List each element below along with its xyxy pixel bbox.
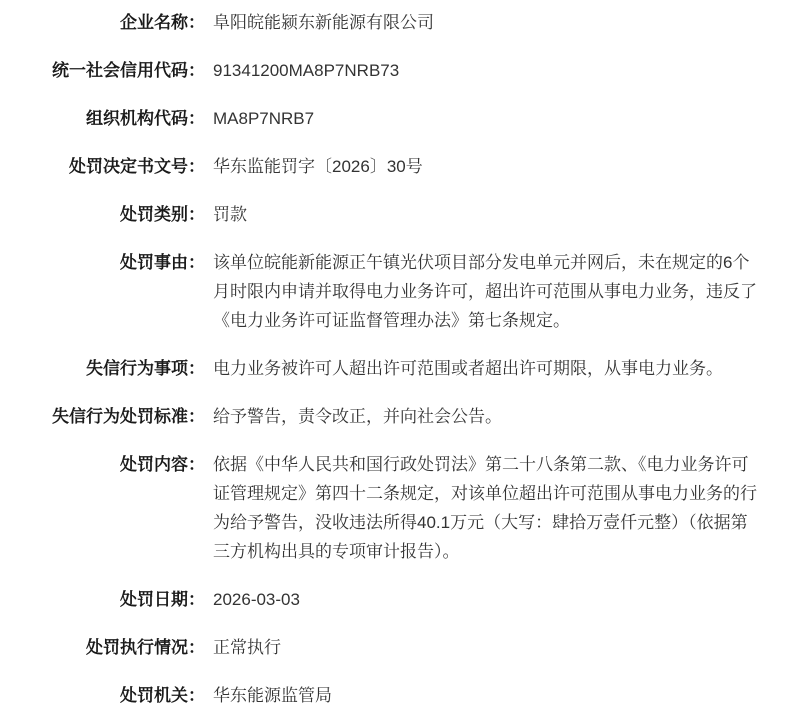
dishonesty-penalty-standard-value: 给予警告，责令改正，并向社会公告。 xyxy=(213,402,763,431)
penalty-category-label: 处罚类别： xyxy=(0,200,205,229)
dishonesty-behavior-item-label: 失信行为事项： xyxy=(0,354,205,383)
penalty-execution-status-value: 正常执行 xyxy=(213,633,763,662)
company-name-value: 阜阳皖能颍东新能源有限公司 xyxy=(213,8,763,37)
field-row-penalty-decision-doc-number: 处罚决定书文号： 华东监能罚字〔2026〕30号 xyxy=(0,152,811,181)
organization-code-label: 组织机构代码： xyxy=(0,104,205,133)
field-row-penalty-category: 处罚类别： 罚款 xyxy=(0,200,811,229)
penalty-date-label: 处罚日期： xyxy=(0,585,205,614)
field-row-company-name: 企业名称： 阜阳皖能颍东新能源有限公司 xyxy=(0,8,811,37)
field-row-dishonesty-penalty-standard: 失信行为处罚标准： 给予警告，责令改正，并向社会公告。 xyxy=(0,402,811,431)
penalty-record-document: 企业名称： 阜阳皖能颍东新能源有限公司 统一社会信用代码： 91341200MA… xyxy=(0,0,811,710)
penalty-content-value: 依据《中华人民共和国行政处罚法》第二十八条第二款、《电力业务许可证管理规定》第四… xyxy=(213,450,763,566)
dishonesty-penalty-standard-label: 失信行为处罚标准： xyxy=(0,402,205,431)
penalty-decision-doc-number-label: 处罚决定书文号： xyxy=(0,152,205,181)
field-row-penalty-reason: 处罚事由： 该单位皖能新能源正午镇光伏项目部分发电单元并网后，未在规定的6个月时… xyxy=(0,248,811,335)
company-name-label: 企业名称： xyxy=(0,8,205,37)
penalty-decision-doc-number-value: 华东监能罚字〔2026〕30号 xyxy=(213,152,763,181)
penalty-content-label: 处罚内容： xyxy=(0,450,205,479)
dishonesty-behavior-item-value: 电力业务被许可人超出许可范围或者超出许可期限，从事电力业务。 xyxy=(213,354,763,383)
penalty-execution-status-label: 处罚执行情况： xyxy=(0,633,205,662)
penalty-reason-label: 处罚事由： xyxy=(0,248,205,277)
field-row-penalty-date: 处罚日期： 2026-03-03 xyxy=(0,585,811,614)
unified-social-credit-code-value: 91341200MA8P7NRB73 xyxy=(213,56,763,85)
field-row-unified-social-credit-code: 统一社会信用代码： 91341200MA8P7NRB73 xyxy=(0,56,811,85)
field-row-penalty-content: 处罚内容： 依据《中华人民共和国行政处罚法》第二十八条第二款、《电力业务许可证管… xyxy=(0,450,811,566)
unified-social-credit-code-label: 统一社会信用代码： xyxy=(0,56,205,85)
penalty-reason-value: 该单位皖能新能源正午镇光伏项目部分发电单元并网后，未在规定的6个月时限内申请并取… xyxy=(213,248,763,335)
penalty-authority-value: 华东能源监管局 xyxy=(213,681,763,710)
field-row-penalty-authority: 处罚机关： 华东能源监管局 xyxy=(0,681,811,710)
field-row-penalty-execution-status: 处罚执行情况： 正常执行 xyxy=(0,633,811,662)
penalty-authority-label: 处罚机关： xyxy=(0,681,205,710)
field-row-organization-code: 组织机构代码： MA8P7NRB7 xyxy=(0,104,811,133)
penalty-category-value: 罚款 xyxy=(213,200,763,229)
field-row-dishonesty-behavior-item: 失信行为事项： 电力业务被许可人超出许可范围或者超出许可期限，从事电力业务。 xyxy=(0,354,811,383)
penalty-date-value: 2026-03-03 xyxy=(213,585,763,614)
organization-code-value: MA8P7NRB7 xyxy=(213,104,763,133)
